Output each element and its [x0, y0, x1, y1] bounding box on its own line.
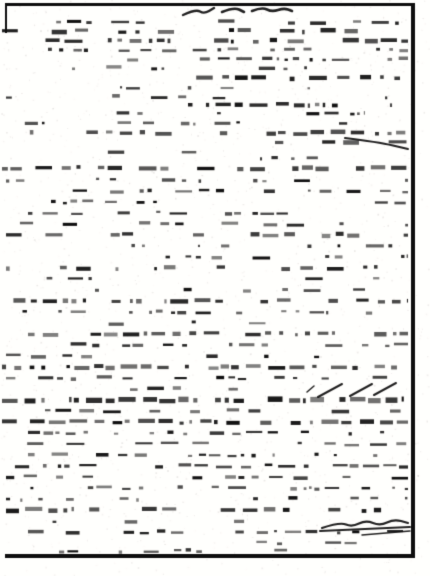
- document-scan-canvas: [0, 0, 430, 576]
- scanned-document-page: [0, 0, 430, 576]
